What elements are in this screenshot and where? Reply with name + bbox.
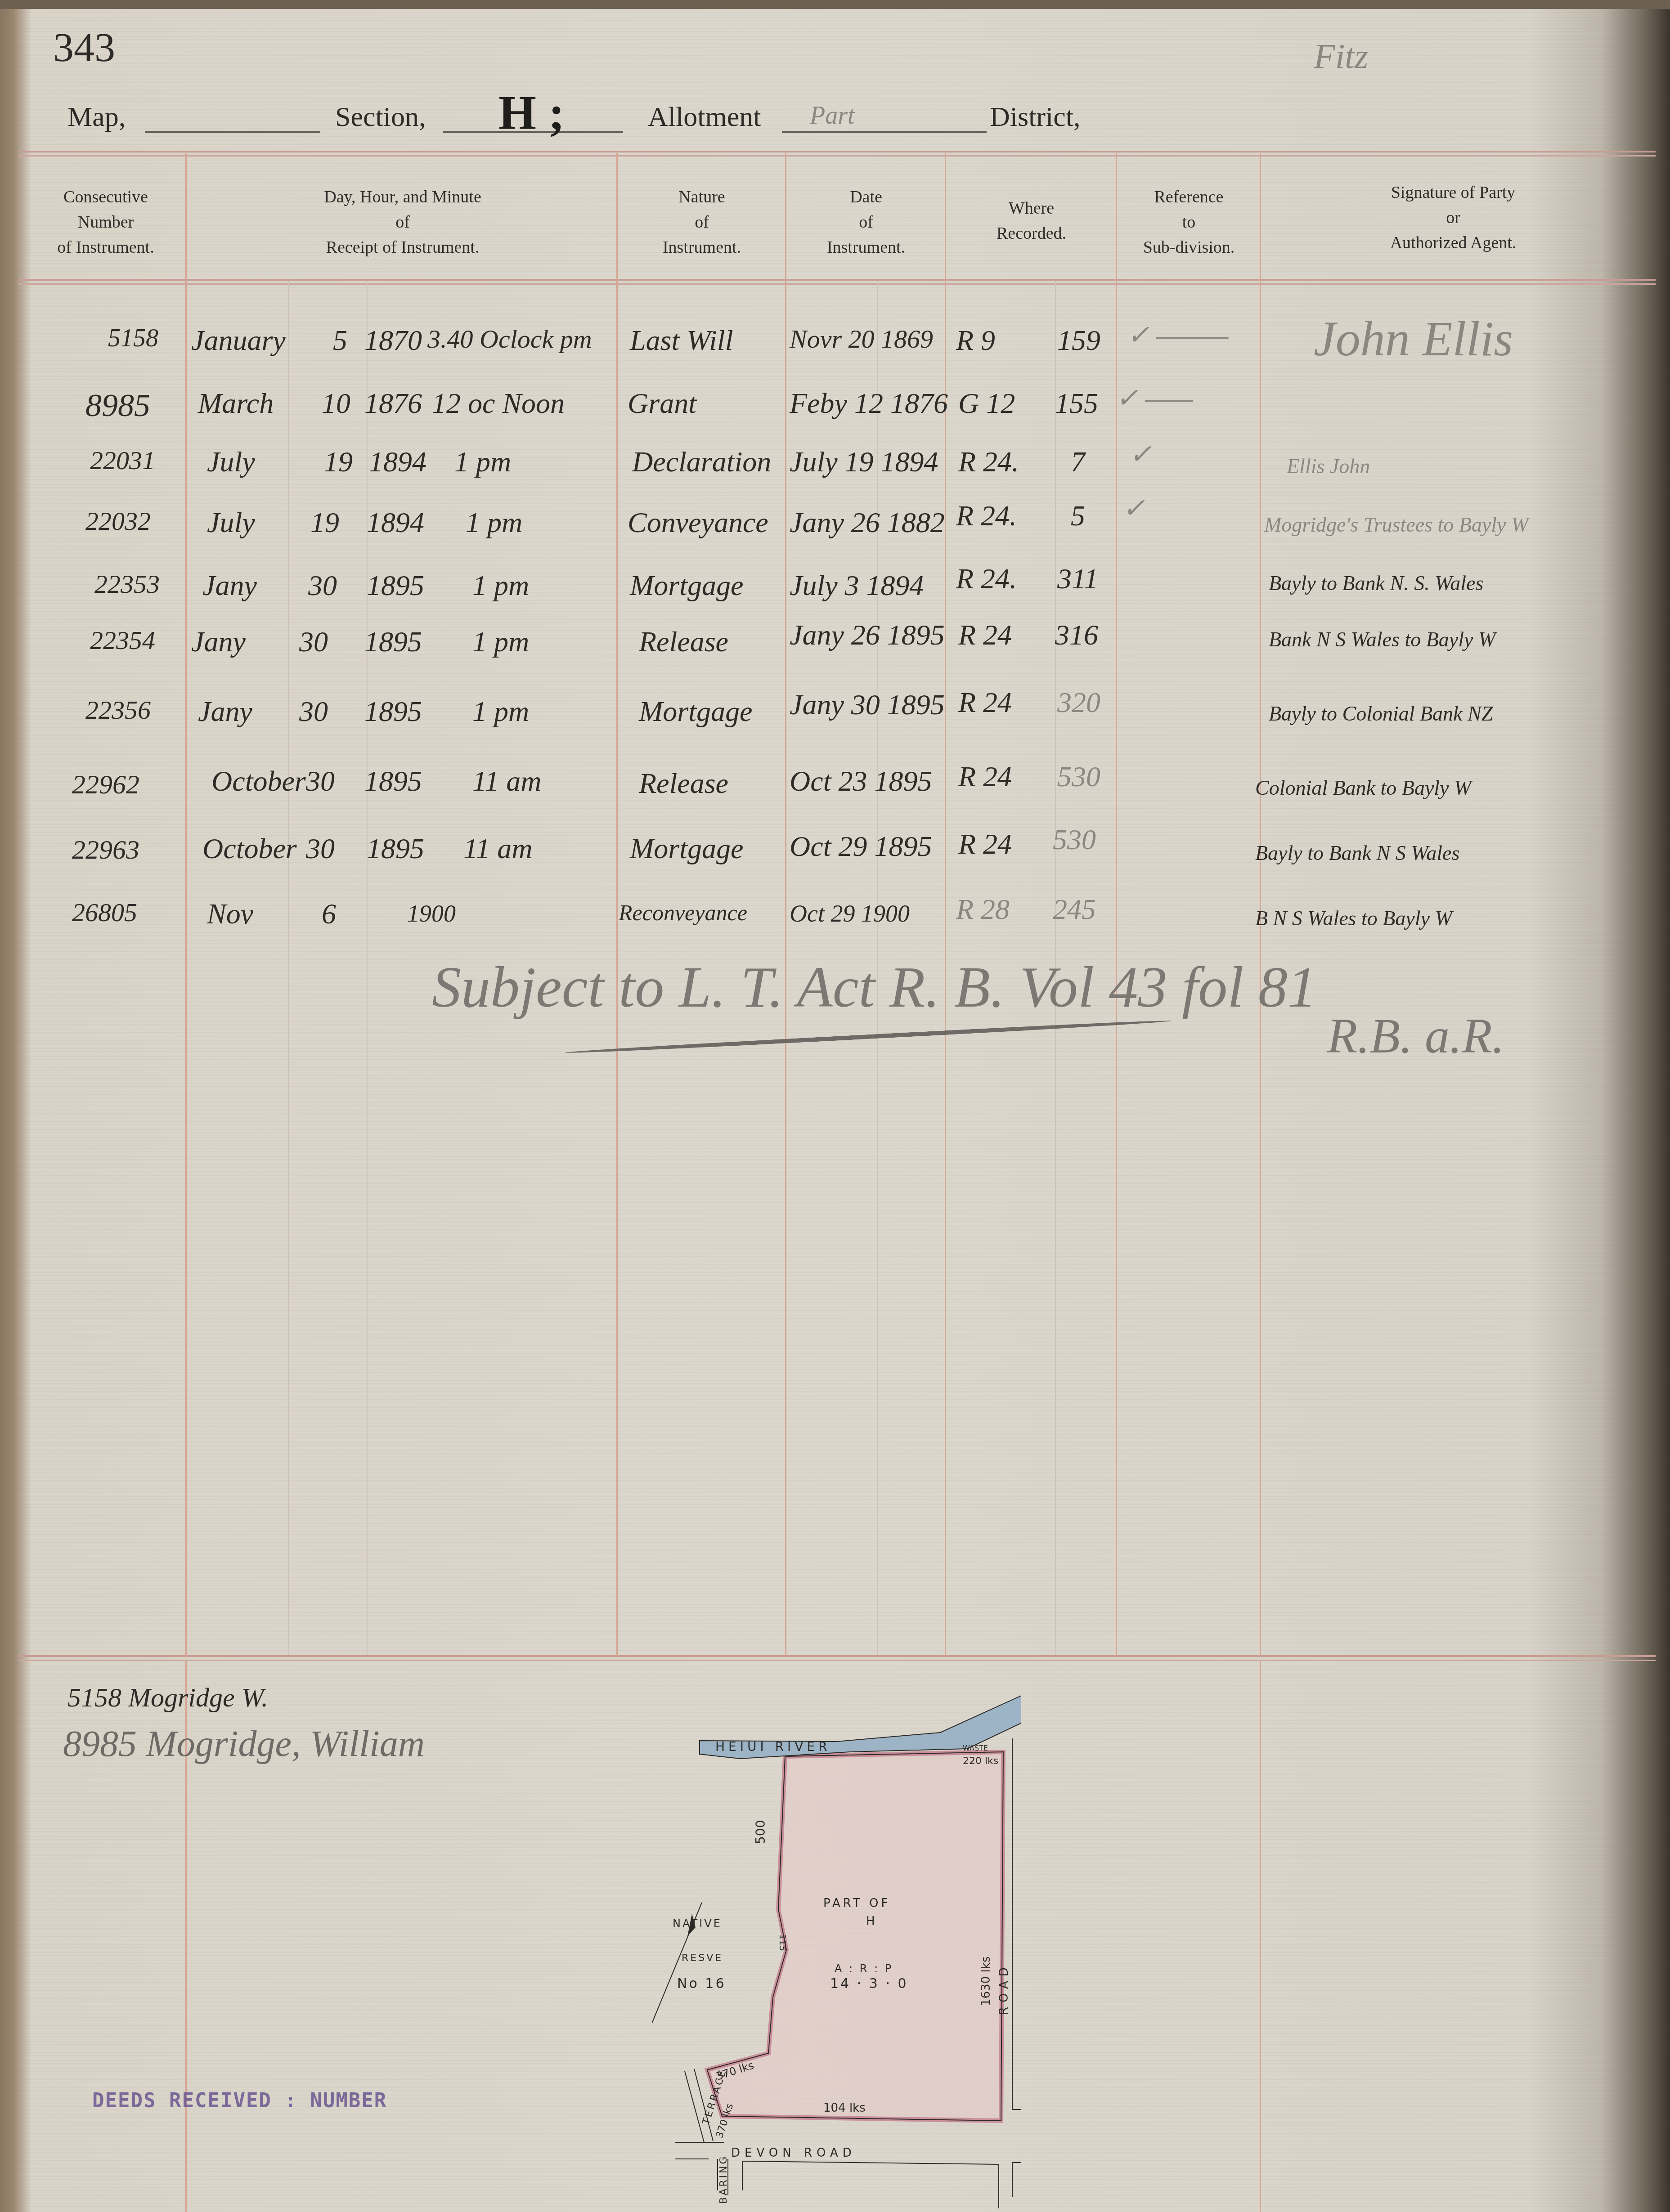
entry-time: 1 pm bbox=[472, 569, 529, 602]
entry-day: 19 bbox=[324, 445, 353, 479]
entry-reference: ✓ bbox=[1122, 493, 1145, 524]
entry-date: July 3 1894 bbox=[790, 569, 924, 602]
entry-time: 11 am bbox=[463, 832, 532, 865]
col-divider bbox=[185, 153, 187, 1657]
entry-nature: Last Will bbox=[630, 324, 733, 357]
entry-year: 1895 bbox=[367, 832, 424, 865]
col-header-signature: Signature of Party or Authorized Agent. bbox=[1262, 180, 1644, 255]
entry-reference: ✓ bbox=[1129, 439, 1152, 470]
index-note-number: 5158 bbox=[67, 1683, 121, 1712]
entry-page: 530 bbox=[1057, 760, 1100, 793]
table-rule-bottom bbox=[18, 1655, 1656, 1657]
entry-date: Jany 26 1882 bbox=[790, 506, 945, 539]
entry-nature: Mortgage bbox=[639, 695, 752, 728]
top-dimension: 220 lks bbox=[963, 1755, 998, 1767]
entry-book: R 24 bbox=[958, 686, 1012, 719]
pencil-note: Fitz bbox=[1314, 36, 1368, 76]
entry-nature: Mortgage bbox=[630, 569, 743, 602]
index-note-name: Mogridge, William bbox=[146, 1723, 425, 1764]
entry-number: 22031 bbox=[90, 445, 155, 475]
entry-nature: Reconveyance bbox=[619, 900, 747, 926]
entry-date: Novr 20 1869 bbox=[790, 324, 933, 354]
entry-book: R 9 bbox=[956, 324, 995, 357]
ledger-page: 343 Fitz Map, Section, H ; Allotment Par… bbox=[0, 0, 1670, 2212]
entry-year: 1895 bbox=[364, 765, 422, 798]
section-label: Section, bbox=[335, 101, 426, 133]
sub-col-divider bbox=[288, 281, 289, 1655]
entry-page: 159 bbox=[1057, 324, 1100, 357]
header-rule-top bbox=[18, 151, 1656, 152]
entry-number: 8985 bbox=[85, 387, 150, 424]
entry-page: 316 bbox=[1055, 618, 1098, 652]
book-edge bbox=[0, 0, 1670, 9]
note-underline bbox=[565, 1019, 1172, 1055]
entry-date: Feby 12 1876 bbox=[790, 387, 948, 420]
entry-book: R 24. bbox=[956, 499, 1017, 533]
map-label: Map, bbox=[67, 101, 126, 133]
allotment-value: Part bbox=[810, 101, 855, 130]
entry-time: 1 pm bbox=[472, 625, 529, 658]
allotment-field[interactable] bbox=[782, 131, 987, 133]
col-header-receipt: Day, Hour, and Minute of Receipt of Inst… bbox=[189, 184, 616, 260]
bottom-dimension: 104 lks bbox=[823, 2101, 866, 2115]
section-value: H ; bbox=[498, 85, 565, 141]
entry-nature: Mortgage bbox=[630, 832, 743, 865]
baring-label: BARING bbox=[718, 2155, 729, 2204]
allotment-label: Allotment bbox=[648, 101, 761, 133]
entry-page: 311 bbox=[1057, 562, 1098, 596]
entry-time: 1 pm bbox=[472, 695, 529, 728]
entry-nature: Grant bbox=[628, 387, 696, 420]
entry-month: Jany bbox=[202, 569, 257, 602]
col-divider bbox=[1260, 153, 1261, 1657]
entry-nature: Conveyance bbox=[628, 506, 768, 539]
col-header-date: Date of Instrument. bbox=[787, 184, 945, 260]
entry-day: 30 bbox=[299, 695, 328, 728]
entry-year: 1894 bbox=[367, 506, 424, 539]
entry-book: R 24 bbox=[958, 760, 1012, 793]
entry-month: July bbox=[207, 506, 255, 539]
entry-nature: Release bbox=[639, 767, 728, 800]
note-initials: R.B. a.R. bbox=[1327, 1007, 1504, 1065]
entry-page: 320 bbox=[1057, 686, 1100, 719]
col-divider bbox=[785, 153, 786, 1657]
entry-signature: Ellis John bbox=[1287, 454, 1370, 478]
entry-date: Jany 26 1895 bbox=[790, 618, 945, 652]
right-dimension: 1630 lks bbox=[979, 1957, 993, 2006]
entry-date: Oct 23 1895 bbox=[790, 765, 932, 798]
entry-nature: Declaration bbox=[632, 445, 771, 479]
entry-number: 5158 bbox=[108, 324, 158, 353]
header-rule-bottom bbox=[18, 279, 1656, 281]
entry-signature: Bayly to Colonial Bank NZ bbox=[1269, 702, 1493, 725]
entry-date: Oct 29 1900 bbox=[790, 900, 910, 927]
entry-year: 1900 bbox=[407, 900, 456, 927]
road-label: ROAD bbox=[997, 1963, 1011, 2015]
page-number: 343 bbox=[53, 23, 115, 71]
col-header-reference: Reference to Sub-division. bbox=[1118, 184, 1260, 260]
entry-number: 22356 bbox=[85, 695, 151, 725]
entry-month: Jany bbox=[191, 625, 246, 658]
entry-day: 30 bbox=[306, 832, 335, 865]
area-header: A : R : P bbox=[835, 1962, 893, 1975]
lower-divider bbox=[1260, 1660, 1261, 2212]
entry-signature: B N S Wales to Bayly W bbox=[1255, 906, 1452, 930]
entry-month: January bbox=[191, 324, 286, 357]
index-note-number: 8985 bbox=[63, 1723, 137, 1764]
entry-month: Jany bbox=[198, 695, 252, 728]
entry-year: 1876 bbox=[364, 387, 422, 420]
entry-day: 5 bbox=[333, 324, 347, 357]
entry-month: Nov bbox=[207, 897, 253, 931]
entry-number: 22963 bbox=[72, 834, 139, 865]
entry-day: 19 bbox=[310, 506, 339, 539]
entry-book: R 28 bbox=[956, 893, 1010, 926]
entry-year: 1894 bbox=[369, 445, 426, 479]
native-reserve-label-2: RESVE bbox=[682, 1952, 723, 1964]
col-header-number: Consecutive Number of Instrument. bbox=[27, 184, 184, 260]
entry-signature: Bayly to Bank N S Wales bbox=[1255, 841, 1459, 865]
index-note-name: Mogridge W. bbox=[128, 1683, 268, 1712]
entry-book: R 24. bbox=[958, 445, 1019, 479]
left-dimension: 500 bbox=[753, 1820, 768, 1844]
col-divider bbox=[945, 153, 946, 1657]
entry-signature: Colonial Bank to Bayly W bbox=[1255, 776, 1471, 800]
deeds-received-stamp: DEEDS RECEIVED : NUMBER bbox=[92, 2089, 387, 2112]
entry-day: 30 bbox=[306, 765, 335, 798]
entry-day: 10 bbox=[322, 387, 350, 420]
entry-book: R 24 bbox=[958, 828, 1012, 861]
entry-number: 26805 bbox=[72, 897, 137, 927]
entry-page: 7 bbox=[1071, 445, 1085, 479]
entry-month: October bbox=[211, 765, 306, 798]
entry-page: 155 bbox=[1055, 387, 1098, 420]
plan-title-1: PART OF bbox=[823, 1897, 891, 1910]
entry-reference: ✓ ——— bbox=[1127, 319, 1228, 351]
col-divider bbox=[1116, 153, 1117, 1657]
native-reserve-label-1: NATIVE bbox=[673, 1917, 722, 1930]
entry-nature: Release bbox=[639, 625, 728, 658]
entry-year: 1895 bbox=[367, 569, 424, 602]
col-header-where: Where Recorded. bbox=[947, 196, 1116, 246]
index-note: 5158 Mogridge W. bbox=[67, 1682, 268, 1713]
entry-number: 22032 bbox=[85, 506, 151, 536]
col-header-nature: Nature of Instrument. bbox=[619, 184, 785, 260]
entry-page: 530 bbox=[1053, 823, 1096, 856]
entry-time: 11 am bbox=[472, 765, 541, 798]
devon-road-label: DEVON ROAD bbox=[731, 2146, 856, 2160]
entry-page: 5 bbox=[1071, 499, 1085, 533]
entry-time: 1 pm bbox=[454, 445, 511, 479]
district-label: District, bbox=[990, 101, 1080, 133]
native-reserve-label-3: No 16 bbox=[677, 1976, 726, 1992]
entry-signature: John Ellis bbox=[1314, 310, 1513, 367]
entry-book: R 24. bbox=[956, 562, 1017, 596]
entry-day: 6 bbox=[322, 897, 336, 931]
entry-time: 12 oc Noon bbox=[432, 387, 565, 420]
entry-reference: ✓ —— bbox=[1116, 382, 1193, 414]
entry-signature: Mogridge's Trustees to Bayly W bbox=[1264, 513, 1528, 537]
entry-book: G 12 bbox=[958, 387, 1015, 420]
map-field[interactable] bbox=[145, 131, 320, 133]
land-transfer-note: Subject to L. T. Act R. B. Vol 43 fol 81 bbox=[432, 954, 1317, 1021]
river-label: HEIUI RIVER bbox=[715, 1739, 831, 1754]
entry-month: March bbox=[198, 387, 274, 420]
entry-year: 1895 bbox=[364, 625, 422, 658]
area-value: 14 · 3 · 0 bbox=[830, 1976, 908, 1992]
entry-month: July bbox=[207, 445, 255, 479]
entry-date: July 19 1894 bbox=[790, 445, 938, 479]
entry-page: 245 bbox=[1053, 893, 1096, 926]
entry-date: Oct 29 1895 bbox=[790, 830, 932, 863]
entry-book: R 24 bbox=[958, 618, 1012, 652]
entry-time: 1 pm bbox=[466, 506, 522, 539]
entry-number: 22962 bbox=[72, 769, 139, 800]
col-divider bbox=[616, 153, 618, 1657]
waste-label: WASTE bbox=[963, 1744, 988, 1752]
entry-time: 3.40 Oclock pm bbox=[427, 324, 592, 354]
entry-day: 30 bbox=[299, 625, 328, 658]
entry-year: 1895 bbox=[364, 695, 422, 728]
entry-date: Jany 30 1895 bbox=[790, 688, 945, 721]
entry-year: 1870 bbox=[364, 324, 422, 357]
survey-plan: HEIUI RIVER WASTE 220 lks 500 115 PART O… bbox=[652, 1691, 1021, 2208]
entry-number: 22354 bbox=[90, 625, 155, 655]
entry-signature: Bank N S Wales to Bayly W bbox=[1269, 627, 1495, 651]
entry-month: October bbox=[202, 832, 297, 865]
entry-day: 30 bbox=[308, 569, 337, 602]
plan-title-2: H bbox=[866, 1915, 875, 1928]
entry-number: 22353 bbox=[94, 569, 160, 599]
left-dimension-2: 115 bbox=[777, 1934, 788, 1951]
sub-col-divider bbox=[367, 281, 368, 1655]
entry-signature: Bayly to Bank N. S. Wales bbox=[1269, 571, 1483, 595]
index-note: 8985 Mogridge, William bbox=[63, 1723, 425, 1765]
